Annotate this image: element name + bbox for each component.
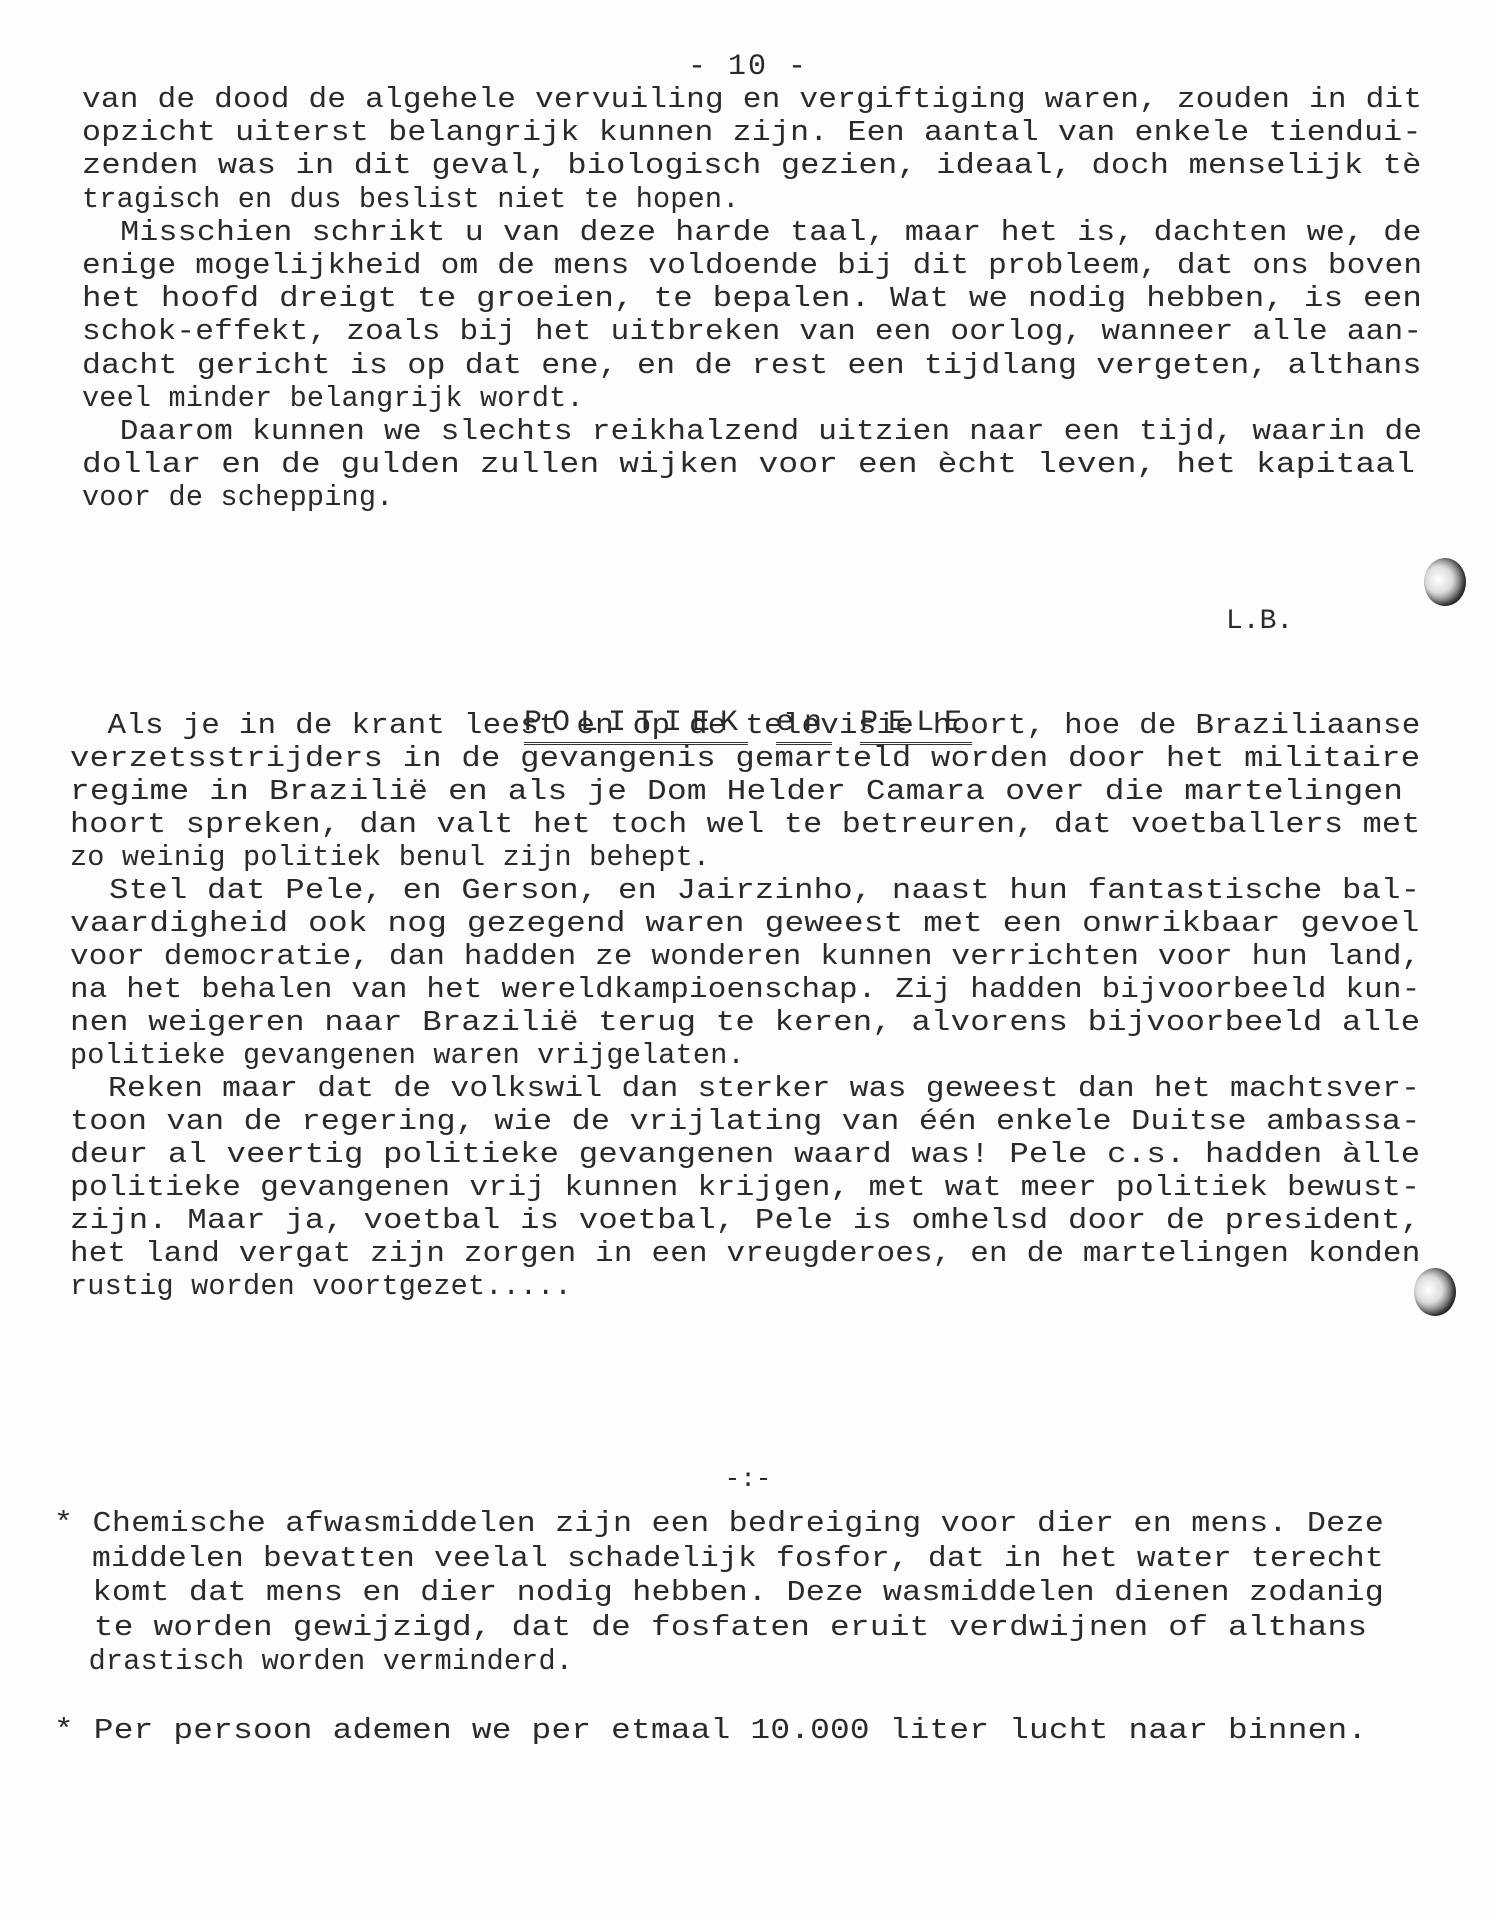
text-line: schok-effekt, zoals bij het uitbreken va…	[82, 318, 1422, 347]
author-signature: L.B.	[1226, 606, 1293, 637]
note-line: te worden gewijzigd, dat de fosfaten eru…	[54, 1614, 1367, 1643]
section-separator: -:-	[0, 1464, 1496, 1494]
text-line: dollar en de gulden zullen wijken voor e…	[82, 451, 1415, 480]
text-line: rustig worden voortgezet.....	[70, 1273, 572, 1302]
text-line: veel minder belangrijk wordt.	[82, 385, 584, 414]
text-line: deur al veertig politieke gevangenen waa…	[70, 1141, 1420, 1170]
text-line: vaardigheid ook nog gezegend waren gewee…	[70, 910, 1420, 939]
text-line: verzetsstrijders in de gevangenis gemart…	[70, 745, 1420, 774]
text-line: voor de schepping.	[82, 484, 393, 513]
text-line: Daarom kunnen we slechts reikhalzend uit…	[82, 418, 1422, 447]
text-line: Reken maar dat de volkswil dan sterker w…	[70, 1075, 1420, 1104]
text-line: na het behalen van het wereldkampioensch…	[70, 976, 1420, 1005]
text-line: zijn. Maar ja, voetbal is voetbal, Pele …	[70, 1207, 1420, 1236]
text-line: Stel dat Pele, en Gerson, en Jairzinho, …	[70, 877, 1420, 906]
text-line: tragisch en dus beslist niet te hopen.	[82, 186, 740, 215]
text-line: politieke gevangenen vrij kunnen krijgen…	[70, 1174, 1420, 1203]
text-line: toon van de regering, wie de vrijlating …	[70, 1108, 1420, 1137]
text-line: hoort spreken, dan valt het toch wel te …	[70, 811, 1420, 840]
note-line: * Per persoon ademen we per etmaal 10.00…	[54, 1717, 1367, 1746]
note-line: drastisch worden verminderd.	[54, 1648, 573, 1677]
note-line: * Chemische afwasmiddelen zijn een bedre…	[54, 1510, 1384, 1539]
text-line: Als je in de krant leest en op de televi…	[70, 712, 1420, 741]
text-line: Misschien schrikt u van deze harde taal,…	[82, 219, 1422, 248]
note-line: middelen bevatten veelal schadelijk fosf…	[54, 1545, 1384, 1574]
text-line: politieke gevangenen waren vrijgelaten.	[70, 1042, 745, 1071]
text-line: het hoofd dreigt te groeien, te bepalen.…	[82, 285, 1422, 314]
note-line: komt dat mens en dier nodig hebben. Deze…	[54, 1579, 1384, 1608]
text-line: nen weigeren naar Brazilië terug te kere…	[70, 1009, 1420, 1038]
punch-hole-icon	[1424, 558, 1466, 606]
text-line: zenden was in dit geval, biologisch gezi…	[82, 152, 1422, 181]
text-line: van de dood de algehele vervuiling en ve…	[82, 86, 1422, 115]
punch-hole-icon	[1414, 1268, 1456, 1316]
text-line: enige mogelijkheid om de mens voldoende …	[82, 252, 1422, 281]
text-line: regime in Brazilië en als je Dom Helder …	[70, 778, 1403, 807]
text-line: dacht gericht is op dat ene, en de rest …	[82, 352, 1422, 381]
text-line: voor democratie, dan hadden ze wonderen …	[70, 943, 1420, 972]
text-line: het land vergat zijn zorgen in een vreug…	[70, 1240, 1420, 1269]
text-line: opzicht uiterst belangrijk kunnen zijn. …	[82, 119, 1422, 148]
page-number: - 10 -	[0, 50, 1496, 84]
text-line: zo weinig politiek benul zijn behept.	[70, 844, 710, 873]
